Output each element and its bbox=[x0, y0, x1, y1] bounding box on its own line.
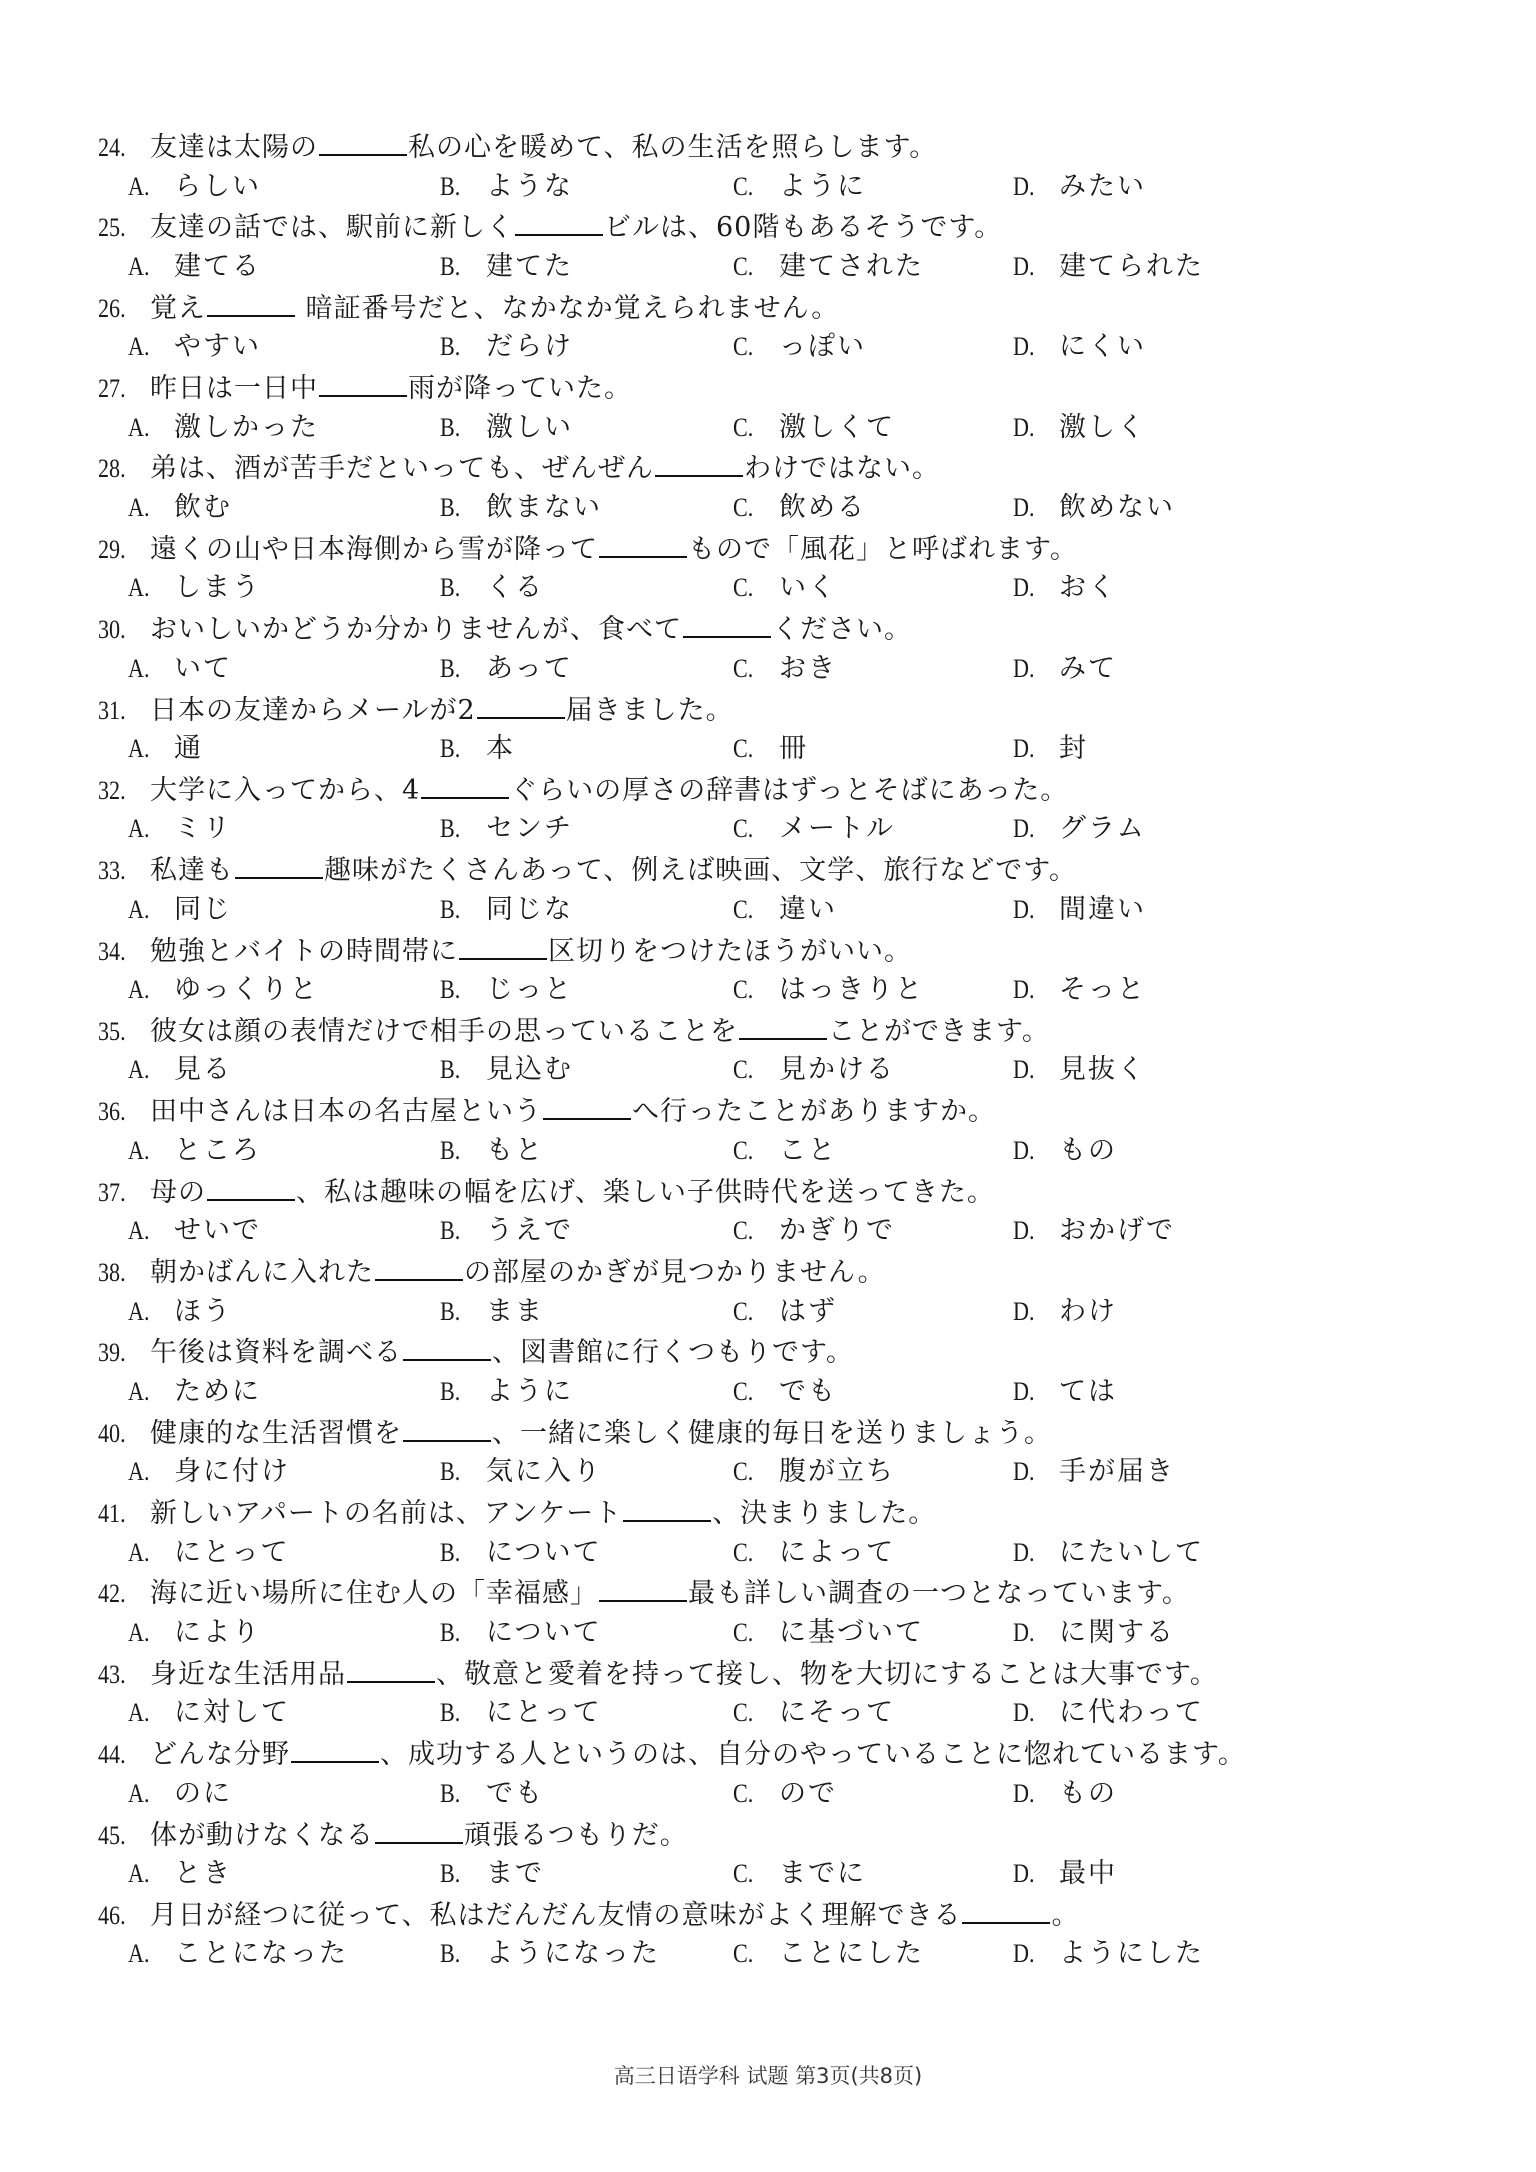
option-d: D.そっと bbox=[1013, 970, 1146, 1010]
option-text: らしい bbox=[174, 171, 261, 202]
option-letter: B. bbox=[440, 809, 479, 849]
option-b: B.同じな bbox=[440, 890, 573, 930]
option-b: B.くる bbox=[440, 568, 544, 608]
option-text: 激しくて bbox=[779, 412, 895, 443]
options-row: A.飲むB.飲まないC.飲めるD.飲めない bbox=[0, 488, 1536, 528]
question-number: 31. bbox=[98, 691, 142, 731]
option-text: 身に付け bbox=[174, 1456, 290, 1487]
option-c: C.こと bbox=[733, 1131, 837, 1171]
options-row: A.ことになったB.ようになったC.ことにしたD.ようにした bbox=[0, 1934, 1536, 1974]
option-letter: D. bbox=[1013, 1774, 1052, 1814]
option-letter: B. bbox=[440, 327, 479, 367]
option-letter: A. bbox=[128, 568, 167, 608]
answer-blank bbox=[291, 1737, 379, 1763]
question-text-before: 新しいアパートの名前は、アンケート bbox=[150, 1498, 622, 1529]
option-text: 激しく bbox=[1059, 412, 1146, 443]
option-b: B.もと bbox=[440, 1131, 544, 1171]
question-line: 41.新しいアパートの名前は、アンケート、決まりました。 bbox=[98, 1494, 936, 1534]
option-a: A.しまう bbox=[128, 568, 261, 608]
option-text: でも bbox=[779, 1376, 837, 1407]
answer-blank bbox=[739, 1014, 827, 1040]
option-letter: D. bbox=[1013, 890, 1052, 930]
question-text-after: わけではない。 bbox=[744, 453, 940, 484]
question-line: 27.昨日は一日中雨が降っていた。 bbox=[98, 369, 632, 409]
option-text: にくい bbox=[1059, 331, 1146, 362]
option-text: 冊 bbox=[779, 733, 808, 764]
option-text: うえで bbox=[486, 1215, 573, 1246]
option-text: だらけ bbox=[486, 331, 573, 362]
option-letter: B. bbox=[440, 1854, 479, 1894]
option-text: 見かける bbox=[779, 1054, 895, 1085]
option-b: B.じっと bbox=[440, 970, 573, 1010]
options-row: A.やすいB.だらけC.っぽいD.にくい bbox=[0, 327, 1536, 367]
options-row: A.ときB.までC.までにD.最中 bbox=[0, 1854, 1536, 1894]
option-text: 同じ bbox=[174, 894, 232, 925]
options-row: A.ところB.もとC.ことD.もの bbox=[0, 1131, 1536, 1171]
option-d: D.みて bbox=[1013, 649, 1117, 689]
option-letter: B. bbox=[440, 1050, 479, 1090]
option-a: A.らしい bbox=[128, 167, 261, 207]
question-text-before: 勉強とバイトの時間帯に bbox=[150, 936, 458, 967]
option-c: C.違い bbox=[733, 890, 837, 930]
question-number: 41. bbox=[98, 1494, 142, 1534]
option-c: C.メートル bbox=[733, 809, 895, 849]
options-row: A.激しかったB.激しいC.激しくてD.激しく bbox=[0, 408, 1536, 448]
option-letter: C. bbox=[733, 408, 772, 448]
option-text: くる bbox=[486, 572, 544, 603]
option-a: A.ほう bbox=[128, 1292, 232, 1332]
option-d: D.に代わって bbox=[1013, 1693, 1204, 1733]
option-letter: B. bbox=[440, 1693, 479, 1733]
option-letter: B. bbox=[440, 890, 479, 930]
option-letter: A. bbox=[128, 1854, 167, 1894]
option-letter: A. bbox=[128, 809, 167, 849]
question-text-after: 、私は趣味の幅を広げ、楽しい子供時代を送ってきた。 bbox=[296, 1177, 995, 1208]
question-text-after: 雨が降っていた。 bbox=[408, 373, 632, 404]
question-text-before: 体が動けなくなる bbox=[150, 1820, 374, 1851]
option-text: いく bbox=[779, 572, 837, 603]
question-line: 45.体が動けなくなる頑張るつもりだ。 bbox=[98, 1816, 688, 1856]
option-letter: B. bbox=[440, 1131, 479, 1171]
option-letter: A. bbox=[128, 167, 167, 207]
option-text: でも bbox=[486, 1778, 544, 1809]
option-letter: D. bbox=[1013, 1533, 1052, 1573]
question-text-after: ことができます。 bbox=[828, 1016, 1050, 1047]
option-letter: D. bbox=[1013, 327, 1052, 367]
option-letter: B. bbox=[440, 488, 479, 528]
question-text-before: 田中さんは日本の名古屋という bbox=[150, 1096, 542, 1127]
option-letter: B. bbox=[440, 1372, 479, 1412]
option-text: こと bbox=[779, 1135, 837, 1166]
option-a: A.激しかった bbox=[128, 408, 319, 448]
option-letter: D. bbox=[1013, 568, 1052, 608]
option-b: B.でも bbox=[440, 1774, 544, 1814]
question-text-before: 遠くの山や日本海側から雪が降って bbox=[150, 534, 598, 565]
option-letter: C. bbox=[733, 729, 772, 769]
answer-blank bbox=[623, 1496, 711, 1522]
option-text: 同じな bbox=[486, 894, 573, 925]
question-text-before: 大学に入ってから、4 bbox=[150, 775, 420, 806]
option-a: A.やすい bbox=[128, 327, 261, 367]
option-text: に対して bbox=[174, 1697, 290, 1728]
option-text: のに bbox=[174, 1778, 232, 1809]
question-text-after: 暗証番号だと、なかなか覚えられません。 bbox=[296, 293, 839, 324]
option-b: B.気に入り bbox=[440, 1452, 602, 1492]
option-text: 激しい bbox=[486, 412, 573, 443]
option-a: A.ために bbox=[128, 1372, 261, 1412]
option-text: にたいして bbox=[1059, 1537, 1204, 1568]
option-letter: D. bbox=[1013, 729, 1052, 769]
option-text: ゆっくりと bbox=[174, 974, 319, 1005]
option-letter: C. bbox=[733, 970, 772, 1010]
option-b: B.ようになった bbox=[440, 1934, 660, 1974]
option-b: B.まで bbox=[440, 1854, 544, 1894]
question-text-before: 日本の友達からメールが2 bbox=[150, 695, 476, 726]
question-line: 26.覚え 暗証番号だと、なかなか覚えられません。 bbox=[98, 289, 839, 329]
option-text: もの bbox=[1059, 1135, 1117, 1166]
option-a: A.に対して bbox=[128, 1693, 290, 1733]
option-b: B.ような bbox=[440, 167, 573, 207]
option-text: によって bbox=[779, 1537, 895, 1568]
option-d: D.にくい bbox=[1013, 327, 1146, 367]
option-a: A.見る bbox=[128, 1050, 232, 1090]
option-letter: C. bbox=[733, 1934, 772, 1974]
question-line: 31.日本の友達からメールが2届きました。 bbox=[98, 691, 734, 731]
question-line: 44.どんな分野、成功する人というのは、自分のやっていることに惚れているます。 bbox=[98, 1735, 1246, 1775]
question-number: 39. bbox=[98, 1333, 142, 1373]
option-letter: B. bbox=[440, 970, 479, 1010]
question-text-after: の部屋のかぎが見つかりません。 bbox=[464, 1257, 886, 1288]
options-row: A.せいでB.うえでC.かぎりでD.おかげで bbox=[0, 1211, 1536, 1251]
option-letter: C. bbox=[733, 1211, 772, 1251]
option-d: D.間違い bbox=[1013, 890, 1146, 930]
option-text: 見る bbox=[174, 1054, 232, 1085]
option-text: おく bbox=[1059, 572, 1117, 603]
option-letter: A. bbox=[128, 1372, 167, 1412]
question-number: 25. bbox=[98, 208, 142, 248]
question-number: 29. bbox=[98, 530, 142, 570]
question-text-before: 朝かばんに入れた bbox=[150, 1257, 374, 1288]
option-text: ようになった bbox=[486, 1938, 660, 1969]
option-text: 激しかった bbox=[174, 412, 319, 443]
option-d: D.みたい bbox=[1013, 167, 1146, 207]
question-line: 42.海に近い場所に住む人の「幸福感」最も詳しい調査の一つとなっています。 bbox=[98, 1574, 1190, 1614]
option-text: 通 bbox=[174, 733, 203, 764]
option-letter: A. bbox=[128, 1131, 167, 1171]
question-line: 46.月日が経つに従って、私はだんだん友情の意味がよく理解できる。 bbox=[98, 1896, 1079, 1936]
option-d: D.激しく bbox=[1013, 408, 1146, 448]
question-number: 34. bbox=[98, 932, 142, 972]
option-text: により bbox=[174, 1617, 261, 1648]
option-a: A.により bbox=[128, 1613, 261, 1653]
option-letter: C. bbox=[733, 1693, 772, 1733]
option-letter: D. bbox=[1013, 1613, 1052, 1653]
option-text: わけ bbox=[1059, 1296, 1117, 1327]
option-letter: A. bbox=[128, 488, 167, 528]
option-letter: C. bbox=[733, 1292, 772, 1332]
question-number: 37. bbox=[98, 1173, 142, 1213]
option-letter: B. bbox=[440, 1211, 479, 1251]
question-number: 35. bbox=[98, 1012, 142, 1052]
option-text: はっきりと bbox=[779, 974, 924, 1005]
answer-blank bbox=[319, 130, 407, 156]
option-text: 手が届き bbox=[1059, 1456, 1175, 1487]
option-letter: A. bbox=[128, 1292, 167, 1332]
question-line: 29.遠くの山や日本海側から雪が降ってもので「風花」と呼ばれます。 bbox=[98, 530, 1078, 570]
option-text: ために bbox=[174, 1376, 261, 1407]
option-c: C.見かける bbox=[733, 1050, 895, 1090]
option-letter: B. bbox=[440, 1934, 479, 1974]
options-row: A.いてB.あってC.おきD.みて bbox=[0, 649, 1536, 689]
option-d: D.もの bbox=[1013, 1774, 1117, 1814]
question-number: 33. bbox=[98, 851, 142, 891]
option-c: C.かぎりで bbox=[733, 1211, 895, 1251]
answer-blank bbox=[515, 210, 603, 236]
answer-blank bbox=[459, 934, 547, 960]
option-letter: C. bbox=[733, 809, 772, 849]
option-letter: D. bbox=[1013, 1211, 1052, 1251]
option-text: 建てされた bbox=[779, 251, 924, 282]
question-text-after: 、一緒に楽しく健康的毎日を送りましょう。 bbox=[492, 1418, 1052, 1449]
answer-blank bbox=[319, 371, 407, 397]
question-text-after: 趣味がたくさんあって、例えば映画、文学、旅行などです。 bbox=[324, 855, 1077, 886]
option-letter: B. bbox=[440, 568, 479, 608]
exam-page: 24.友達は太陽の私の心を暖めて、私の生活を照らします。A.らしいB.ようなC.… bbox=[0, 0, 1536, 2172]
option-text: 最中 bbox=[1059, 1858, 1117, 1889]
option-letter: D. bbox=[1013, 247, 1052, 287]
option-text: 飲める bbox=[779, 492, 866, 523]
question-text-after: ビルは、60階もあるそうです。 bbox=[604, 212, 1002, 243]
option-letter: A. bbox=[128, 247, 167, 287]
question-text-before: 弟は、酒が苦手だといっても、ぜんぜん bbox=[150, 453, 654, 484]
option-letter: D. bbox=[1013, 1372, 1052, 1412]
option-text: おかげで bbox=[1059, 1215, 1175, 1246]
option-text: おき bbox=[779, 653, 837, 684]
question-line: 37.母の、私は趣味の幅を広げ、楽しい子供時代を送ってきた。 bbox=[98, 1173, 995, 1213]
question-line: 30.おいしいかどうか分かりませんが、食べてください。 bbox=[98, 610, 912, 650]
options-row: A.らしいB.ようなC.ようにD.みたい bbox=[0, 167, 1536, 207]
options-row: A.ミリB.センチC.メートルD.グラム bbox=[0, 809, 1536, 849]
question-text-before: どんな分野 bbox=[150, 1739, 290, 1770]
option-text: にとって bbox=[174, 1537, 289, 1568]
option-a: A.にとって bbox=[128, 1533, 289, 1573]
option-c: C.いく bbox=[733, 568, 837, 608]
option-text: 見抜く bbox=[1059, 1054, 1146, 1085]
option-d: D.飲めない bbox=[1013, 488, 1175, 528]
answer-blank bbox=[403, 1416, 491, 1442]
option-letter: D. bbox=[1013, 1131, 1052, 1171]
option-b: B.について bbox=[440, 1533, 601, 1573]
question-text-before: 友達は太陽の bbox=[150, 132, 318, 163]
option-letter: D. bbox=[1013, 1292, 1052, 1332]
option-letter: C. bbox=[733, 649, 772, 689]
option-text: もと bbox=[486, 1135, 544, 1166]
option-text: 気に入り bbox=[486, 1456, 602, 1487]
option-a: A.身に付け bbox=[128, 1452, 290, 1492]
question-text-after: 、決まりました。 bbox=[712, 1498, 936, 1529]
option-text: 飲めない bbox=[1059, 492, 1175, 523]
question-number: 43. bbox=[98, 1655, 142, 1695]
option-b: B.建てた bbox=[440, 247, 573, 287]
answer-blank bbox=[599, 532, 687, 558]
option-c: C.っぽい bbox=[733, 327, 866, 367]
option-letter: D. bbox=[1013, 408, 1052, 448]
option-text: ことになった bbox=[174, 1938, 348, 1969]
option-text: みたい bbox=[1059, 171, 1146, 202]
option-letter: C. bbox=[733, 1774, 772, 1814]
option-text: とき bbox=[174, 1858, 232, 1889]
option-c: C.にそって bbox=[733, 1693, 895, 1733]
answer-blank bbox=[375, 1818, 463, 1844]
option-letter: B. bbox=[440, 1452, 479, 1492]
question-text-before: 昨日は一日中 bbox=[150, 373, 318, 404]
option-letter: C. bbox=[733, 1613, 772, 1653]
option-a: A.ミリ bbox=[128, 809, 232, 849]
option-d: D.封 bbox=[1013, 729, 1088, 769]
answer-blank bbox=[599, 1576, 687, 1602]
option-text: ほう bbox=[174, 1296, 232, 1327]
question-text-before: 健康的な生活習慣を bbox=[150, 1418, 402, 1449]
question-text-after: 届きました。 bbox=[566, 695, 734, 726]
option-letter: A. bbox=[128, 649, 167, 689]
question-line: 40.健康的な生活習慣を、一緒に楽しく健康的毎日を送りましょう。 bbox=[98, 1414, 1052, 1454]
option-text: まで bbox=[486, 1858, 544, 1889]
option-b: B.ように bbox=[440, 1372, 573, 1412]
option-d: D.に関する bbox=[1013, 1613, 1175, 1653]
option-text: について bbox=[486, 1537, 601, 1568]
answer-blank bbox=[962, 1898, 1050, 1924]
option-a: A.とき bbox=[128, 1854, 232, 1894]
answer-blank bbox=[543, 1094, 631, 1120]
option-c: C.ので bbox=[733, 1774, 837, 1814]
option-letter: C. bbox=[733, 1533, 772, 1573]
option-d: D.ては bbox=[1013, 1372, 1117, 1412]
option-letter: B. bbox=[440, 1533, 479, 1573]
option-text: みて bbox=[1059, 653, 1117, 684]
option-d: D.ようにした bbox=[1013, 1934, 1204, 1974]
option-text: に関する bbox=[1059, 1617, 1175, 1648]
answer-blank bbox=[655, 451, 743, 477]
question-number: 42. bbox=[98, 1574, 142, 1614]
option-letter: D. bbox=[1013, 1854, 1052, 1894]
option-c: C.でも bbox=[733, 1372, 837, 1412]
options-row: A.身に付けB.気に入りC.腹が立ちD.手が届き bbox=[0, 1452, 1536, 1492]
answer-blank bbox=[477, 693, 565, 719]
option-text: まま bbox=[486, 1296, 544, 1327]
options-row: A.によりB.についてC.に基づいてD.に関する bbox=[0, 1613, 1536, 1653]
option-a: A.通 bbox=[128, 729, 203, 769]
question-text-after: へ行ったことがありますか。 bbox=[632, 1096, 996, 1127]
question-text-after: 区切りをつけたほうがいい。 bbox=[548, 936, 912, 967]
option-d: D.グラム bbox=[1013, 809, 1146, 849]
option-b: B.センチ bbox=[440, 809, 573, 849]
option-text: かぎりで bbox=[779, 1215, 895, 1246]
option-letter: B. bbox=[440, 167, 479, 207]
question-text-before: 覚え bbox=[150, 293, 206, 324]
option-letter: A. bbox=[128, 970, 167, 1010]
option-letter: D. bbox=[1013, 1693, 1052, 1733]
option-text: ミリ bbox=[174, 813, 232, 844]
option-c: C.冊 bbox=[733, 729, 808, 769]
option-text: 飲む bbox=[174, 492, 232, 523]
question-text-before: 身近な生活用品 bbox=[150, 1659, 346, 1690]
option-b: B.について bbox=[440, 1613, 601, 1653]
option-c: C.おき bbox=[733, 649, 837, 689]
option-text: 見込む bbox=[486, 1054, 573, 1085]
option-text: ては bbox=[1059, 1376, 1117, 1407]
option-b: B.あって bbox=[440, 649, 573, 689]
question-text-after: 、図書館に行くつもりです。 bbox=[492, 1337, 854, 1368]
option-b: B.にとって bbox=[440, 1693, 601, 1733]
option-text: ように bbox=[779, 171, 866, 202]
option-letter: D. bbox=[1013, 809, 1052, 849]
option-text: いて bbox=[174, 653, 232, 684]
option-c: C.腹が立ち bbox=[733, 1452, 895, 1492]
question-line: 28.弟は、酒が苦手だといっても、ぜんぜんわけではない。 bbox=[98, 449, 940, 489]
option-d: D.にたいして bbox=[1013, 1533, 1204, 1573]
option-text: そっと bbox=[1059, 974, 1146, 1005]
option-letter: A. bbox=[128, 1452, 167, 1492]
option-letter: D. bbox=[1013, 1050, 1052, 1090]
option-letter: C. bbox=[733, 167, 772, 207]
option-text: はず bbox=[779, 1296, 837, 1327]
option-letter: D. bbox=[1013, 649, 1052, 689]
options-row: A.しまうB.くるC.いくD.おく bbox=[0, 568, 1536, 608]
question-number: 24. bbox=[98, 128, 142, 168]
option-text: ように bbox=[486, 1376, 573, 1407]
option-a: A.ところ bbox=[128, 1131, 261, 1171]
option-text: メートル bbox=[779, 813, 895, 844]
option-text: 間違い bbox=[1059, 894, 1146, 925]
option-letter: A. bbox=[128, 1774, 167, 1814]
question-text-after: 、成功する人というのは、自分のやっていることに惚れているます。 bbox=[380, 1739, 1246, 1770]
question-number: 32. bbox=[98, 771, 142, 811]
answer-blank bbox=[375, 1255, 463, 1281]
option-c: C.激しくて bbox=[733, 408, 895, 448]
options-row: A.にとってB.についてC.によってD.にたいして bbox=[0, 1533, 1536, 1573]
option-c: C.はっきりと bbox=[733, 970, 924, 1010]
question-line: 35.彼女は顔の表情だけで相手の思っていることをことができます。 bbox=[98, 1012, 1050, 1052]
option-a: A.飲む bbox=[128, 488, 232, 528]
option-a: A.ゆっくりと bbox=[128, 970, 319, 1010]
option-text: 建てられた bbox=[1059, 251, 1204, 282]
question-line: 43.身近な生活用品、敬意と愛着を持って接し、物を大切にすることは大事です。 bbox=[98, 1655, 1218, 1695]
option-d: D.おく bbox=[1013, 568, 1117, 608]
option-text: ようにした bbox=[1059, 1938, 1204, 1969]
option-text: しまう bbox=[174, 572, 261, 603]
option-letter: C. bbox=[733, 890, 772, 930]
question-text-after: ぐらいの厚さの辞書はずっとそばにあった。 bbox=[510, 775, 1068, 806]
option-b: B.まま bbox=[440, 1292, 544, 1332]
answer-blank bbox=[207, 291, 295, 317]
option-letter: A. bbox=[128, 1050, 167, 1090]
option-text: 腹が立ち bbox=[779, 1456, 895, 1487]
option-c: C.までに bbox=[733, 1854, 866, 1894]
question-line: 25.友達の話では、駅前に新しくビルは、60階もあるそうです。 bbox=[98, 208, 1002, 248]
question-line: 24.友達は太陽の私の心を暖めて、私の生活を照らします。 bbox=[98, 128, 937, 168]
question-number: 36. bbox=[98, 1092, 142, 1132]
option-letter: B. bbox=[440, 1292, 479, 1332]
option-text: に代わって bbox=[1059, 1697, 1204, 1728]
option-a: A.いて bbox=[128, 649, 232, 689]
option-a: A.建てる bbox=[128, 247, 261, 287]
option-d: D.手が届き bbox=[1013, 1452, 1175, 1492]
options-row: A.見るB.見込むC.見かけるD.見抜く bbox=[0, 1050, 1536, 1090]
question-line: 34.勉強とバイトの時間帯に区切りをつけたほうがいい。 bbox=[98, 932, 912, 972]
question-text-before: 母の bbox=[150, 1177, 206, 1208]
option-letter: B. bbox=[440, 649, 479, 689]
option-d: D.建てられた bbox=[1013, 247, 1204, 287]
